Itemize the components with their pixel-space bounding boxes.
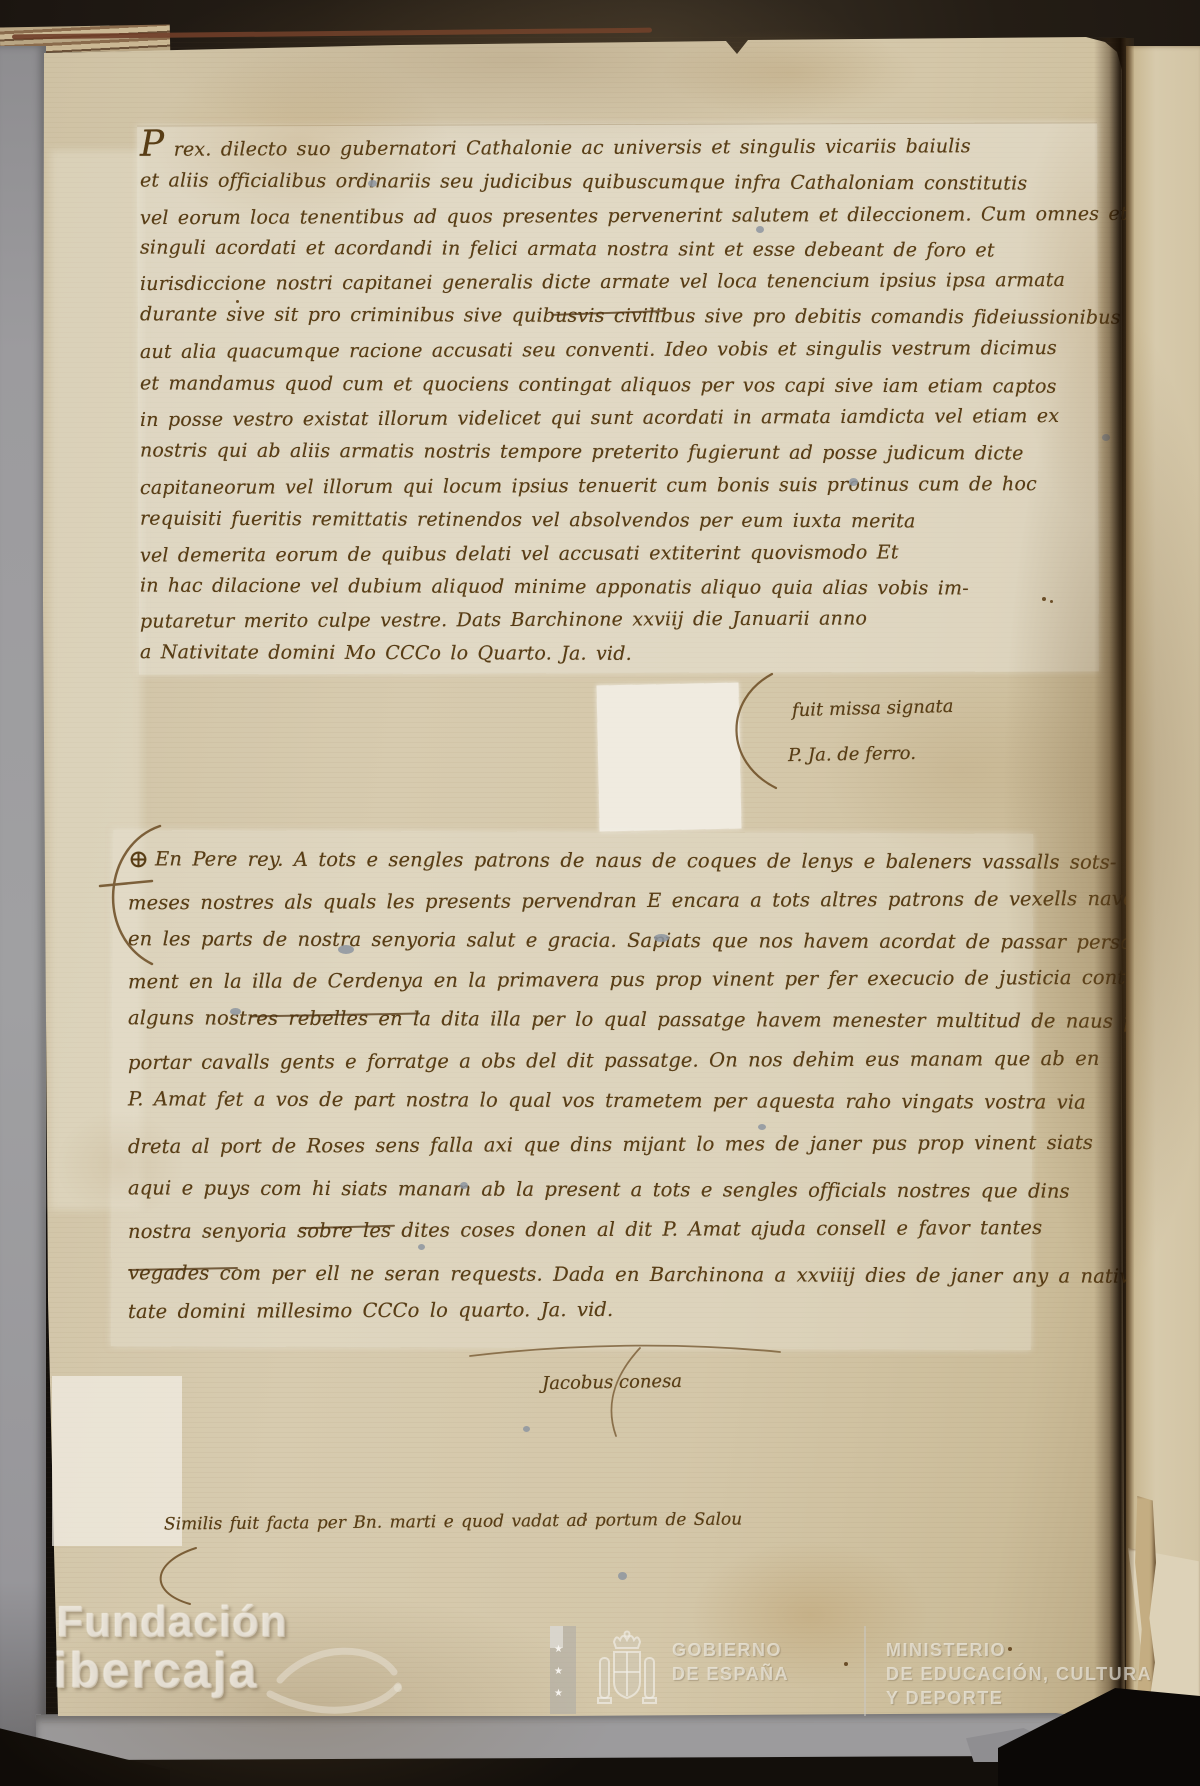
manuscript-photo: P rex. dilecto suo gubernatori Cathaloni… — [0, 0, 1200, 1786]
signature: Jacobus conesa — [542, 1371, 682, 1394]
ibercaja-logo-icon — [266, 1634, 416, 1720]
white-paper-patch — [596, 683, 741, 832]
mold-spot — [368, 180, 377, 187]
white-paper-patch — [52, 1376, 182, 1546]
star-icon: ★ — [554, 1644, 563, 1655]
manuscript-line: et mandamus quod cum et quociens conting… — [140, 372, 1057, 397]
mold-spot — [460, 1182, 468, 1189]
manuscript-line: portar cavalls gents e forratge a obs de… — [128, 1047, 1100, 1074]
mold-spot — [230, 1008, 241, 1015]
mold-spot — [618, 1572, 627, 1580]
manuscript-line: alguns nostres rebelles en la dita illa … — [128, 1006, 1157, 1033]
manuscript-line-text: En Pere rey. A tots e sengles patrons de… — [155, 847, 1117, 873]
manuscript-line: nostra senyoria sobre les dites coses do… — [128, 1216, 1042, 1243]
mold-spot — [418, 1244, 425, 1250]
manuscript-line: a Nativitate domini Mo CCCo lo Quarto. J… — [140, 641, 632, 665]
mold-spot — [758, 1124, 766, 1130]
ink-speck — [236, 300, 239, 303]
mold-spot — [654, 934, 669, 942]
manuscript-line: dreta al port de Roses sens falla axi qu… — [128, 1131, 1093, 1158]
star-icon: ★ — [554, 1666, 563, 1677]
manuscript-line: P. Amat fet a vos de part nostra lo qual… — [128, 1087, 1086, 1113]
manuscript-line: iurisdiccione nostri capitanei generalis… — [140, 269, 1065, 295]
mold-spot — [523, 1426, 530, 1432]
manuscript-line: P. Ja. de ferro. — [788, 743, 916, 766]
ink-speck — [1008, 1647, 1012, 1651]
gutter-shadow — [1094, 38, 1134, 1722]
ink-speck — [1050, 600, 1053, 603]
manuscript-line: putaretur merito culpe vestre. Dats Barc… — [140, 607, 867, 632]
paragraph-cross-mark: ⊕ — [128, 844, 149, 873]
watermark-divider — [864, 1626, 866, 1716]
manuscript-line: P rex. dilecto suo gubernatori Cathaloni… — [140, 135, 971, 161]
manuscript-line: requisiti fueritis remittatis retinendos… — [140, 508, 916, 533]
manuscript-line: in posse vestro existat illorum videlice… — [140, 405, 1059, 431]
ink-speck — [1042, 597, 1046, 601]
mold-spot — [338, 945, 354, 954]
manuscript-line: ⊕En Pere rey. A tots e sengles patrons d… — [128, 844, 1117, 876]
manuscript-line: meses nostres als quals les presents per… — [128, 887, 1190, 915]
manuscript-line: vel eorum loca tenentibus ad quos presen… — [140, 203, 1128, 229]
spain-coat-of-arms-icon — [594, 1628, 660, 1716]
manuscript-line: en les parts de nostra senyoria salut e … — [128, 927, 1170, 954]
manuscript-line: fuit missa signata — [792, 696, 954, 721]
manuscript-line: durante sive sit pro criminibus sive qui… — [140, 303, 1121, 328]
manuscript-line: tate domini millesimo CCCo lo quarto. Ja… — [128, 1298, 613, 1323]
star-icon: ★ — [554, 1688, 563, 1699]
ink-speck — [584, 1518, 587, 1521]
manuscript-line: ment en la illa de Cerdenya en la primav… — [128, 966, 1147, 993]
manuscript-line: aqui e puys com hi siats manam ab la pre… — [128, 1176, 1070, 1202]
gray-backing-board-bottom — [36, 1710, 1078, 1761]
manuscript-line: vegades com per ell ne seran requests. D… — [128, 1261, 1143, 1288]
manuscript-line: et aliis officialibus ordinariis seu jud… — [140, 169, 1027, 194]
manuscript-line: vel demerita eorum de quibus delati vel … — [140, 541, 899, 566]
facing-page-edge — [1126, 46, 1200, 1716]
mold-spot — [849, 478, 858, 486]
gray-backing-board-left — [0, 46, 46, 1752]
mold-spot — [756, 226, 764, 233]
ink-speck — [844, 1662, 848, 1666]
manuscript-line: in hac dilacione vel dubium aliquod mini… — [140, 575, 969, 600]
manuscript-line: nostris qui ab aliis armatis nostris tem… — [140, 439, 1024, 464]
manuscript-line: capitaneorum vel illorum qui locum ipsiu… — [140, 473, 1037, 499]
manuscript-line: singuli acordati et acordandi in felici … — [140, 237, 995, 262]
manuscript-line: aut alia quacumque racione accusati seu … — [140, 337, 1057, 363]
